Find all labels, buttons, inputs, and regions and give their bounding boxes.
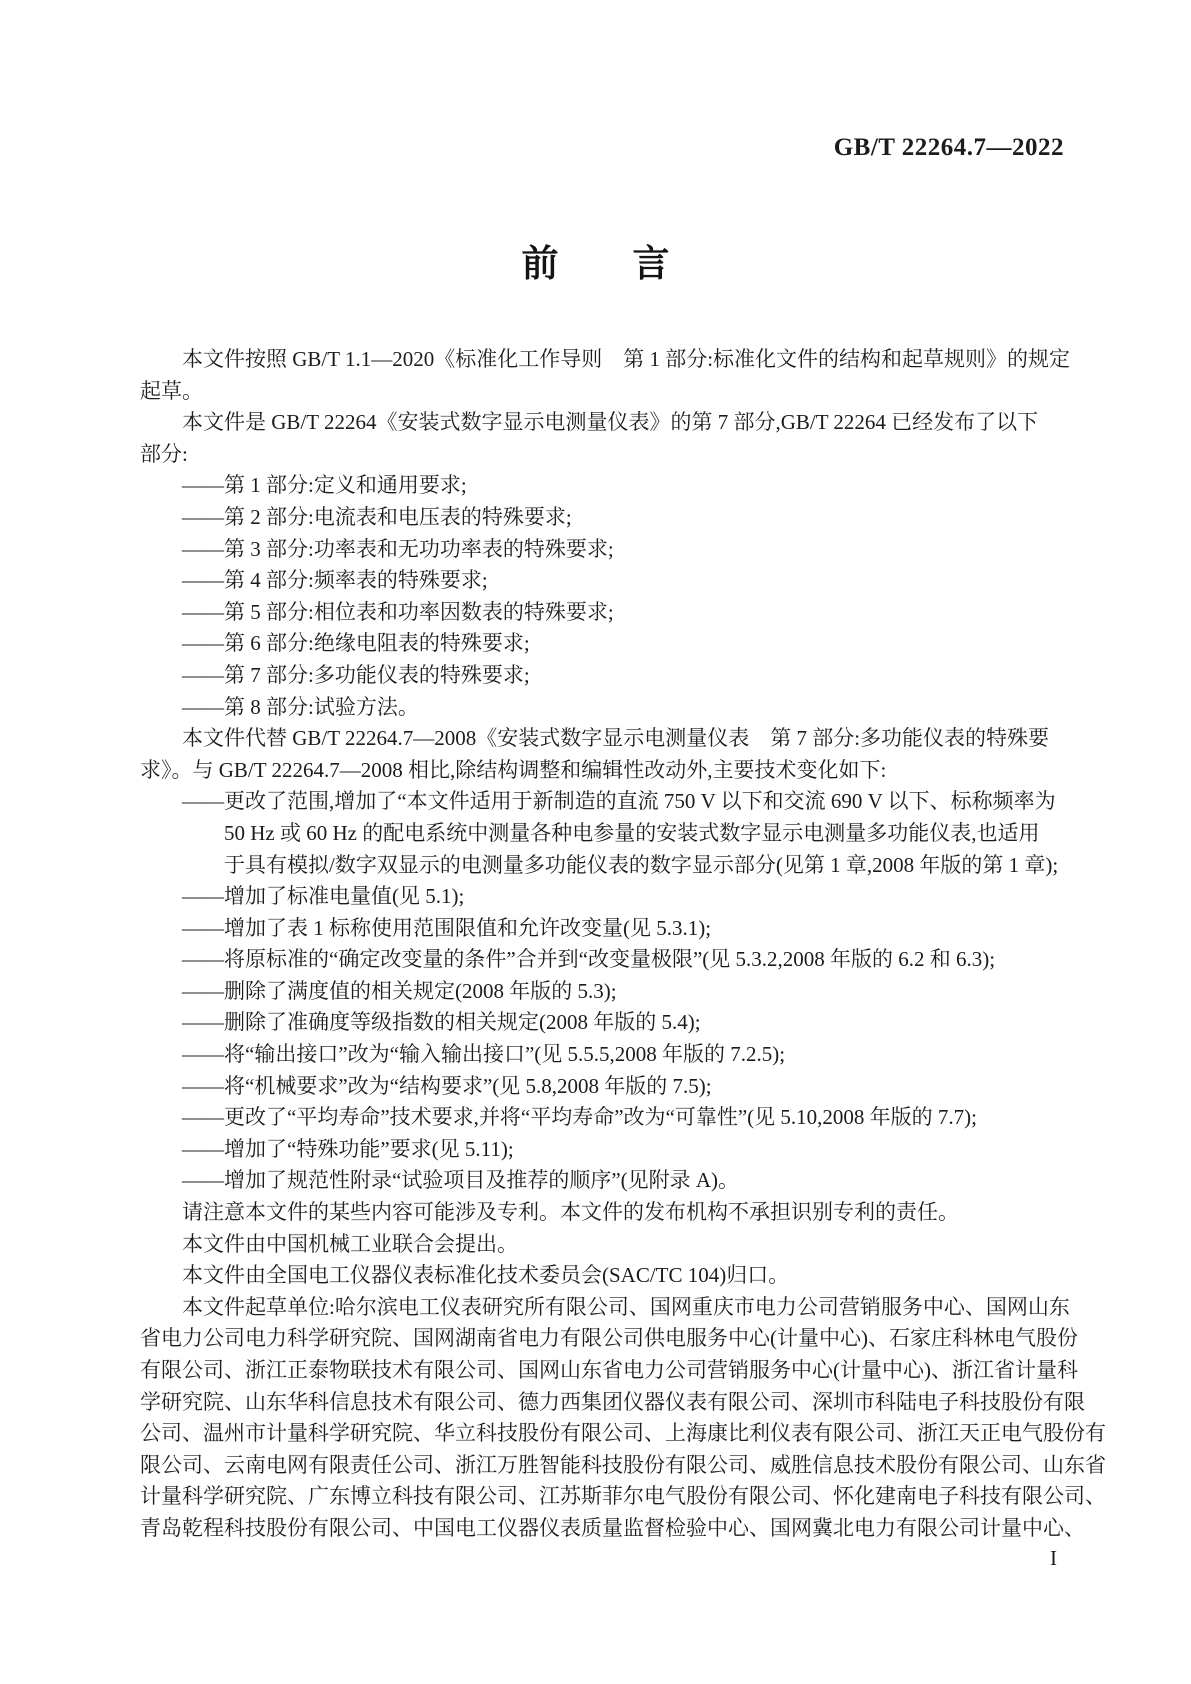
foreword-line: 于具有模拟/数字双显示的电测量多功能仪表的数字显示部分(见第 1 章,2008 … — [140, 850, 1068, 882]
foreword-line: 请注意本文件的某些内容可能涉及专利。本文件的发布机构不承担识别专利的责任。 — [140, 1197, 1068, 1229]
foreword-line: ——第 7 部分:多功能仪表的特殊要求; — [140, 660, 1068, 692]
foreword-line: 50 Hz 或 60 Hz 的配电系统中测量各种电参量的安装式数字显示电测量多功… — [140, 818, 1068, 850]
foreword-line: ——第 3 部分:功率表和无功功率表的特殊要求; — [140, 534, 1068, 566]
foreword-line: ——第 4 部分:频率表的特殊要求; — [140, 565, 1068, 597]
foreword-line: ——第 2 部分:电流表和电压表的特殊要求; — [140, 502, 1068, 534]
foreword-title: 前 言 — [0, 233, 1191, 287]
foreword-line: ——第 1 部分:定义和通用要求; — [140, 470, 1068, 502]
foreword-line: 限公司、云南电网有限责任公司、浙江万胜智能科技股份有限公司、威胜信息技术股份有限… — [140, 1450, 1068, 1482]
foreword-line: 部分: — [140, 439, 1068, 471]
foreword-line: 计量科学研究院、广东博立科技有限公司、江苏斯菲尔电气股份有限公司、怀化建南电子科… — [140, 1481, 1068, 1513]
foreword-line: 本文件按照 GB/T 1.1—2020《标准化工作导则 第 1 部分:标准化文件… — [140, 344, 1068, 376]
foreword-line: 本文件由中国机械工业联合会提出。 — [140, 1229, 1068, 1261]
foreword-line: ——增加了表 1 标称使用范围限值和允许改变量(见 5.3.1); — [140, 913, 1068, 945]
foreword-line: 本文件由全国电工仪器仪表标准化技术委员会(SAC/TC 104)归口。 — [140, 1260, 1068, 1292]
standard-number: GB/T 22264.7—2022 — [834, 134, 1064, 162]
foreword-line: ——删除了满度值的相关规定(2008 年版的 5.3); — [140, 976, 1068, 1008]
foreword-line: ——第 6 部分:绝缘电阻表的特殊要求; — [140, 628, 1068, 660]
document-page: GB/T 22264.7—2022 前 言 本文件按照 GB/T 1.1—202… — [0, 0, 1191, 1684]
foreword-line: 本文件起草单位:哈尔滨电工仪表研究所有限公司、国网重庆市电力公司营销服务中心、国… — [140, 1292, 1068, 1324]
foreword-line: ——将原标准的“确定改变量的条件”合并到“改变量极限”(见 5.3.2,2008… — [140, 944, 1068, 976]
foreword-line: 求》。与 GB/T 22264.7—2008 相比,除结构调整和编辑性改动外,主… — [140, 755, 1068, 787]
foreword-line: ——增加了标准电量值(见 5.1); — [140, 881, 1068, 913]
foreword-line: ——增加了规范性附录“试验项目及推荐的顺序”(见附录 A)。 — [140, 1165, 1068, 1197]
foreword-line: 学研究院、山东华科信息技术有限公司、德力西集团仪器仪表有限公司、深圳市科陆电子科… — [140, 1387, 1068, 1419]
foreword-line: 本文件代替 GB/T 22264.7—2008《安装式数字显示电测量仪表 第 7… — [140, 723, 1068, 755]
foreword-line: 公司、温州市计量科学研究院、华立科技股份有限公司、上海康比利仪表有限公司、浙江天… — [140, 1418, 1068, 1450]
foreword-line: ——将“输出接口”改为“输入输出接口”(见 5.5.5,2008 年版的 7.2… — [140, 1039, 1068, 1071]
foreword-line: ——更改了“平均寿命”技术要求,并将“平均寿命”改为“可靠性”(见 5.10,2… — [140, 1102, 1068, 1134]
foreword-line: ——更改了范围,增加了“本文件适用于新制造的直流 750 V 以下和交流 690… — [140, 786, 1068, 818]
foreword-line: 青岛乾程科技股份有限公司、中国电工仪器仪表质量监督检验中心、国网冀北电力有限公司… — [140, 1513, 1068, 1545]
foreword-line: ——将“机械要求”改为“结构要求”(见 5.8,2008 年版的 7.5); — [140, 1071, 1068, 1103]
foreword-line: ——第 8 部分:试验方法。 — [140, 692, 1068, 724]
foreword-line: 有限公司、浙江正泰物联技术有限公司、国网山东省电力公司营销服务中心(计量中心)、… — [140, 1355, 1068, 1387]
foreword-line: ——增加了“特殊功能”要求(见 5.11); — [140, 1134, 1068, 1166]
foreword-line: ——删除了准确度等级指数的相关规定(2008 年版的 5.4); — [140, 1007, 1068, 1039]
page-number: I — [1050, 1543, 1057, 1575]
foreword-body: 本文件按照 GB/T 1.1—2020《标准化工作导则 第 1 部分:标准化文件… — [140, 344, 1068, 1545]
foreword-line: 本文件是 GB/T 22264《安装式数字显示电测量仪表》的第 7 部分,GB/… — [140, 407, 1068, 439]
foreword-line: 省电力公司电力科学研究院、国网湖南省电力有限公司供电服务中心(计量中心)、石家庄… — [140, 1323, 1068, 1355]
foreword-line: ——第 5 部分:相位表和功率因数表的特殊要求; — [140, 597, 1068, 629]
foreword-line: 起草。 — [140, 376, 1068, 408]
